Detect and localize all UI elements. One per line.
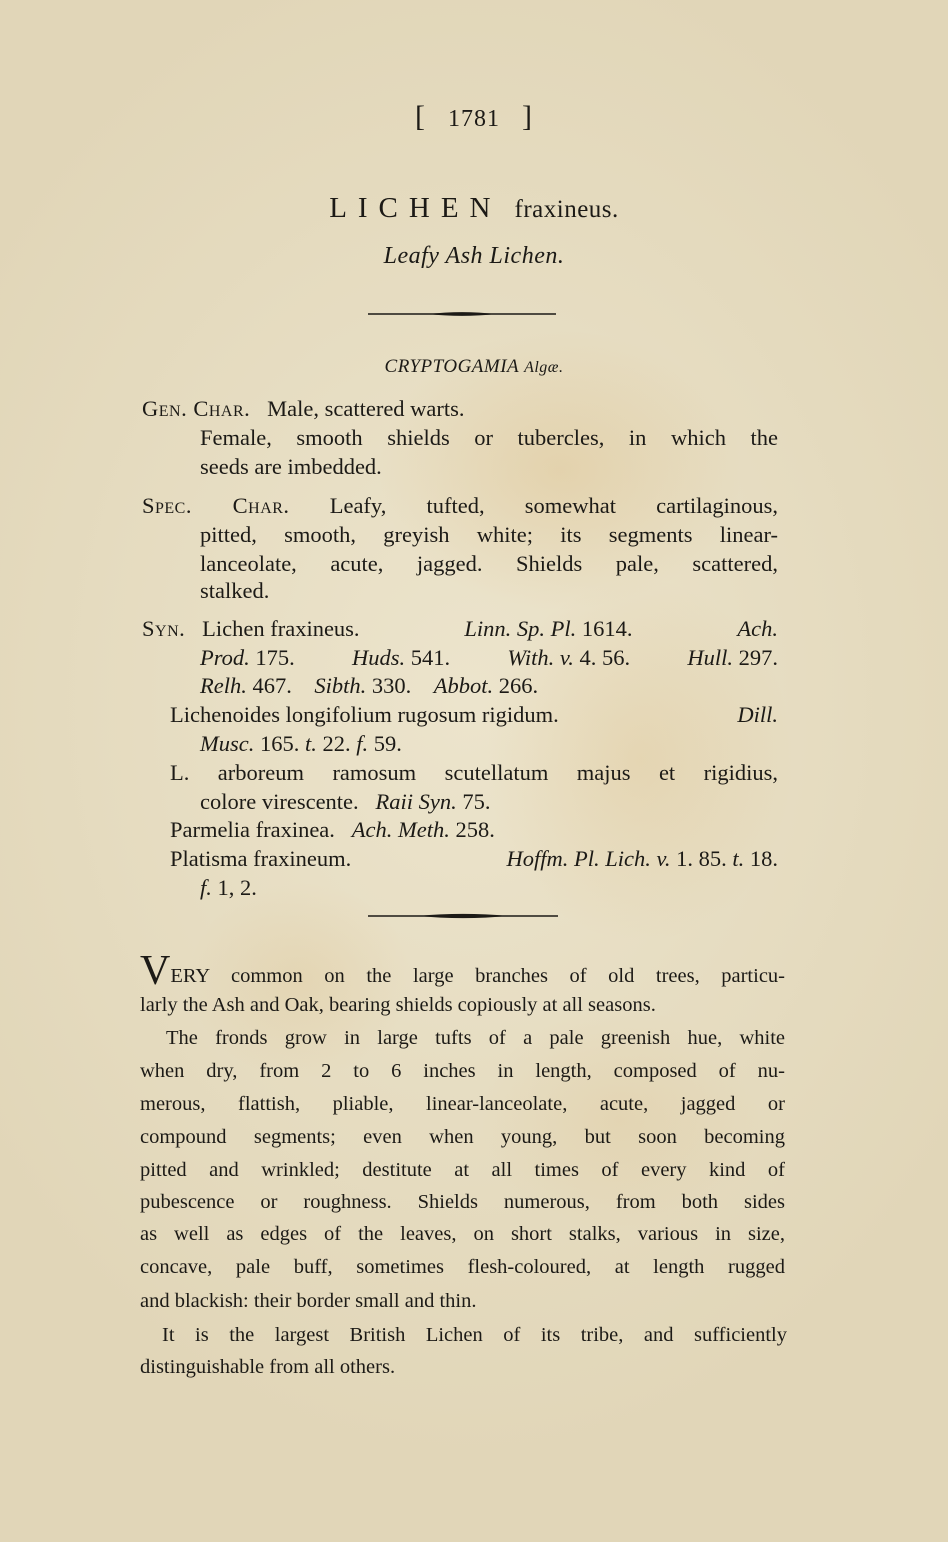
synonym-name: Lichenoides longifolium rugosum rigidum. [170,700,559,730]
synonym-line-5: Musc. 165. t. 22. f. 59. [200,729,402,759]
description-line-9: as well as edges of the leaves, on short… [140,1218,785,1250]
citation-num: 1, 2. [218,875,257,900]
citation-ref: f. [356,731,368,756]
citation-ref: Relh. [200,673,247,698]
genus-name: LICHEN [329,192,501,224]
page-number: [1781] [0,100,948,134]
citation-num: 75. [462,789,490,814]
spec-char-line-1: Spec. Char. Leafy, tufted, somewhat cart… [142,491,778,521]
spec-char-line-2: pitted, smooth, greyish white; its segme… [200,520,778,550]
description-line-6: compound segments; even when young, but … [140,1121,785,1153]
description-line-13: distinguishable from all others. [140,1351,785,1383]
citation-ref: Ach. Meth. [352,817,450,842]
rule-ornament-icon [368,911,558,921]
description-line-11: and blackish: their border small and thi… [140,1285,785,1317]
citation-ref: With. v. [507,645,573,670]
synonym-name: Parmelia fraxinea. [170,817,335,842]
description-line-2: larly the Ash and Oak, bearing shields c… [140,989,785,1021]
synonym-line-2: Prod. 175. Huds. 541. With. v. 4. 56. Hu… [200,643,778,673]
citation-num: 4. 56. [579,645,630,670]
classification: CRYPTOGAMIA Algæ. [0,356,948,378]
citation-num: 175. [255,645,294,670]
synonym-line-4: Lichenoides longifolium rugosum rigidum.… [170,700,778,730]
citation-num: 165. [260,731,299,756]
gen-char-text: Male, scattered warts. [267,396,464,421]
citation-ref: Linn. Sp. Pl. [464,616,576,641]
synonym-line-10: f. 1, 2. [200,873,257,903]
citation-num: 297. [739,645,778,670]
citation-num: 1. 85. [676,846,727,871]
synonym-line-9: Platisma fraxineum. Hoffm. Pl. Lich. v. … [170,844,778,874]
rule-ornament-icon [368,309,556,319]
citation-num: 18. [750,846,778,871]
order-name: Algæ. [524,359,563,376]
synonym-line-6: L. arboreum ramosum scutellatum majus et… [170,758,778,788]
citation-ref: Raii Syn. [376,789,457,814]
synonym-line-3: Relh. 467. Sibth. 330. Abbot. 266. [200,671,538,701]
description-line-5: merous, flattish, pliable, linear-lanceo… [140,1088,785,1120]
synonym-line-7: colore virescente. Raii Syn. 75. [200,787,491,817]
citation-ref: Musc. [200,731,254,756]
synonym-line-1: Syn. Lichen fraxineus. Linn. Sp. Pl. 161… [142,614,778,644]
description-line-3: The fronds grow in large tufts of a pale… [166,1022,785,1054]
gen-char-line-1: Gen. Char. Male, scattered warts. [142,394,465,424]
description-line-4: when dry, from 2 to 6 inches in length, … [140,1055,785,1087]
species-epithet: fraxineus. [515,196,619,223]
citation-ref: Abbot. [434,673,493,698]
citation-num: 258. [456,817,495,842]
drop-cap: V [140,948,170,994]
citation-ref: t. [305,731,317,756]
citation-num: 541. [411,645,450,670]
common-name: Leafy Ash Lichen. [0,243,948,270]
description-line-12: It is the largest British Lichen of its … [162,1319,787,1351]
syn-label: Syn. [142,616,185,641]
description-line-7: pitted and wrinkled; destitute at all ti… [140,1154,785,1186]
ornamental-divider-bottom [368,911,558,921]
description-text: ERY common on the large branches of old … [170,965,785,987]
bracket-open: [ [415,100,426,133]
gen-char-line-2: Female, smooth shields or tubercles, in … [200,423,778,453]
class-name: CRYPTOGAMIA [385,356,519,377]
citation-ref: Hull. [687,645,733,670]
citation-num: 330. [372,673,411,698]
spec-char-text: Leafy, tufted, somewhat cartilaginous, [330,493,778,518]
citation-ref: Huds. [352,645,405,670]
synonym-name: Platisma fraxineum. [170,844,351,874]
spec-char-line-4: stalked. [200,576,269,606]
synonym-line-8: Parmelia fraxinea. Ach. Meth. 258. [170,815,495,845]
spec-char-label: Spec. Char. [142,493,290,518]
gen-char-line-3: seeds are imbedded. [200,452,382,482]
citation-num: 467. [252,673,291,698]
description-line-8: pubescence or roughness. Shields numerou… [140,1186,785,1218]
citation-ref: Prod. [200,645,250,670]
citation-ref: Sibth. [314,673,366,698]
ornamental-divider-top [368,309,556,319]
citation-ref: t. [732,846,744,871]
citation-ref: f. [200,875,212,900]
citation-num: 266. [499,673,538,698]
description-line-10: concave, pale buff, sometimes flesh-colo… [140,1251,785,1283]
citation-ref: Hoffm. Pl. Lich. v. [507,846,671,871]
citation-num: 22. [323,731,351,756]
spec-char-line-3: lanceolate, acute, jagged. Shields pale,… [200,549,778,579]
citation-num: 59. [374,731,402,756]
book-page: [1781] LICHEN fraxineus. Leafy Ash Liche… [0,0,948,1542]
species-title: LICHEN fraxineus. [0,192,948,225]
synonym-text: colore virescente. [200,789,359,814]
gen-char-label: Gen. Char. [142,396,250,421]
citation-ref: Dill. [737,700,778,730]
citation-num: 1614. [582,616,633,641]
citation-ref: Ach. [737,614,778,644]
synonym-name: Lichen fraxineus. [202,616,359,641]
description-line-1: VERY common on the large branches of old… [140,956,785,992]
bracket-close: ] [522,100,533,133]
page-number-value: 1781 [448,106,500,132]
